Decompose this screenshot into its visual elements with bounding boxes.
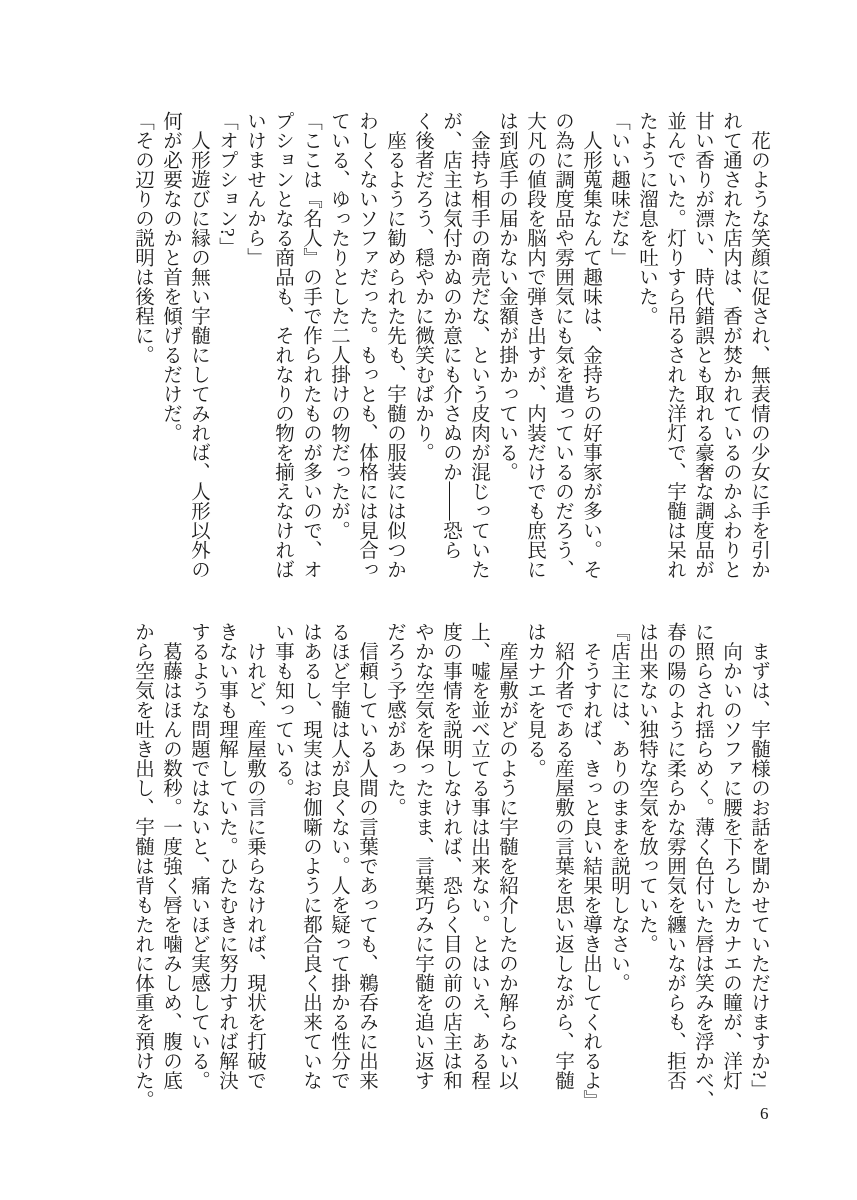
- text-line: けれど、産屋敷の言に乗らなければ、現状を打破で: [240, 622, 268, 1116]
- text-line: が、店主は気付かぬのか意にも介さぬのか――恐ら: [436, 111, 464, 605]
- text-line: そうすれば、きっと良い結果を導き出してくれるよ』: [576, 622, 604, 1116]
- text-line: 甘い香りが漂い、時代錯誤とも取れる豪奢な調度品が: [688, 111, 716, 605]
- text-line: れて通された店内は、香が焚かれているのかふわりと: [716, 111, 744, 605]
- text-line: 「その辺りの説明は後程に。: [128, 111, 156, 605]
- page-number: 6: [760, 1104, 769, 1124]
- text-line: に照らされ揺らめく。薄く色付いた唇は笑みを浮かべ、: [688, 622, 716, 1116]
- text-line: 何が必要なのかと首を傾げるだけだ。: [156, 111, 184, 605]
- text-line: い事も知っている。: [268, 622, 296, 1116]
- text-line: 春の陽のように柔らかな雰囲気を纏いながらも、拒否: [660, 622, 688, 1116]
- text-line: 座るように勧められた先も、宇髄の服装には似つか: [380, 111, 408, 605]
- text-line: 葛藤はほんの数秒。一度強く唇を噛みしめ、腹の底: [156, 622, 184, 1116]
- text-line: 「ここは『名人』の手で作られたものが多いので、オ: [296, 111, 324, 605]
- text-line: 人形遊びに縁の無い宇髄にしてみれば、人形以外の: [184, 111, 212, 605]
- text-block-lower: まずは、宇髄様のお話を聞かせていただけますか?」 向かいのソファに腰を下ろしたカ…: [112, 622, 772, 1116]
- novel-page: 花のような笑顔に促され、無表情の少女に手を引かれて通された店内は、香が焚かれてい…: [0, 0, 857, 1200]
- text-line: く後者だろう、穏やかに微笑むばかり。: [408, 111, 436, 605]
- text-line: 度の事情を説明しなければ、恐らく目の前の店主は和: [436, 622, 464, 1116]
- text-line: るほど宇髄は人が良くない。人を疑って掛かる性分で: [324, 622, 352, 1116]
- text-line: 『店主には、ありのままを説明しなさい。: [604, 622, 632, 1116]
- text-line: 紹介者である産屋敷の言葉を思い返しながら、宇髄: [548, 622, 576, 1116]
- text-line: の為に調度品や雰囲気にも気を遣っているのだろう、: [548, 111, 576, 605]
- text-line: 「オプション?」: [212, 111, 240, 605]
- text-line: はあるし、現実はお伽噺のように都合良く出来ていな: [296, 622, 324, 1116]
- text-line: 花のような笑顔に促され、無表情の少女に手を引か: [744, 111, 772, 605]
- text-line: するような問題ではないと、痛いほど実感している。: [184, 622, 212, 1116]
- text-line: 人形蒐集なんて趣味は、金持ちの好事家が多い。そ: [576, 111, 604, 605]
- text-line: は出来ない独特な空気を放っていた。: [632, 622, 660, 1116]
- text-line: 上、嘘を並べ立てる事は出来ない。とはいえ、ある程: [464, 622, 492, 1116]
- text-line: 大凡の値段を脳内で弾き出すが、内装だけでも庶民に: [520, 111, 548, 605]
- text-line: いけませんから」: [240, 111, 268, 605]
- text-line: わしくないソファだった。もっとも、体格には見合っ: [352, 111, 380, 605]
- text-line: 向かいのソファに腰を下ろしたカナエの瞳が、洋灯: [716, 622, 744, 1116]
- text-line: やかな空気を保ったまま、言葉巧みに宇髄を追い返す: [408, 622, 436, 1116]
- text-line: たように溜息を吐いた。: [632, 111, 660, 605]
- text-line: ている、ゆったりとした二人掛けの物だったが。: [324, 111, 352, 605]
- text-line: 信頼している人間の言葉であっても、鵜呑みに出来: [352, 622, 380, 1116]
- text-line: 「いい趣味だな」: [604, 111, 632, 605]
- text-block-upper: 花のような笑顔に促され、無表情の少女に手を引かれて通された店内は、香が焚かれてい…: [112, 111, 772, 605]
- text-line: プションとなる商品も、それなりの物を揃えなければ: [268, 111, 296, 605]
- text-line: きない事も理解していた。ひたむきに努力すれば解決: [212, 622, 240, 1116]
- text-line: 金持ち相手の商売だな、という皮肉が混じっていた: [464, 111, 492, 605]
- text-line: から空気を吐き出し、宇髄は背もたれに体重を預けた。: [128, 622, 156, 1116]
- text-line: だろう予感があった。: [380, 622, 408, 1116]
- text-line: 産屋敷がどのように宇髄を紹介したのか解らない以: [492, 622, 520, 1116]
- text-line: 並んでいた。灯りすら吊るされた洋灯で、宇髄は呆れ: [660, 111, 688, 605]
- text-line: は到底手の届かない金額が掛かっている。: [492, 111, 520, 605]
- text-line: まずは、宇髄様のお話を聞かせていただけますか?」: [744, 622, 772, 1116]
- text-line: はカナエを見る。: [520, 622, 548, 1116]
